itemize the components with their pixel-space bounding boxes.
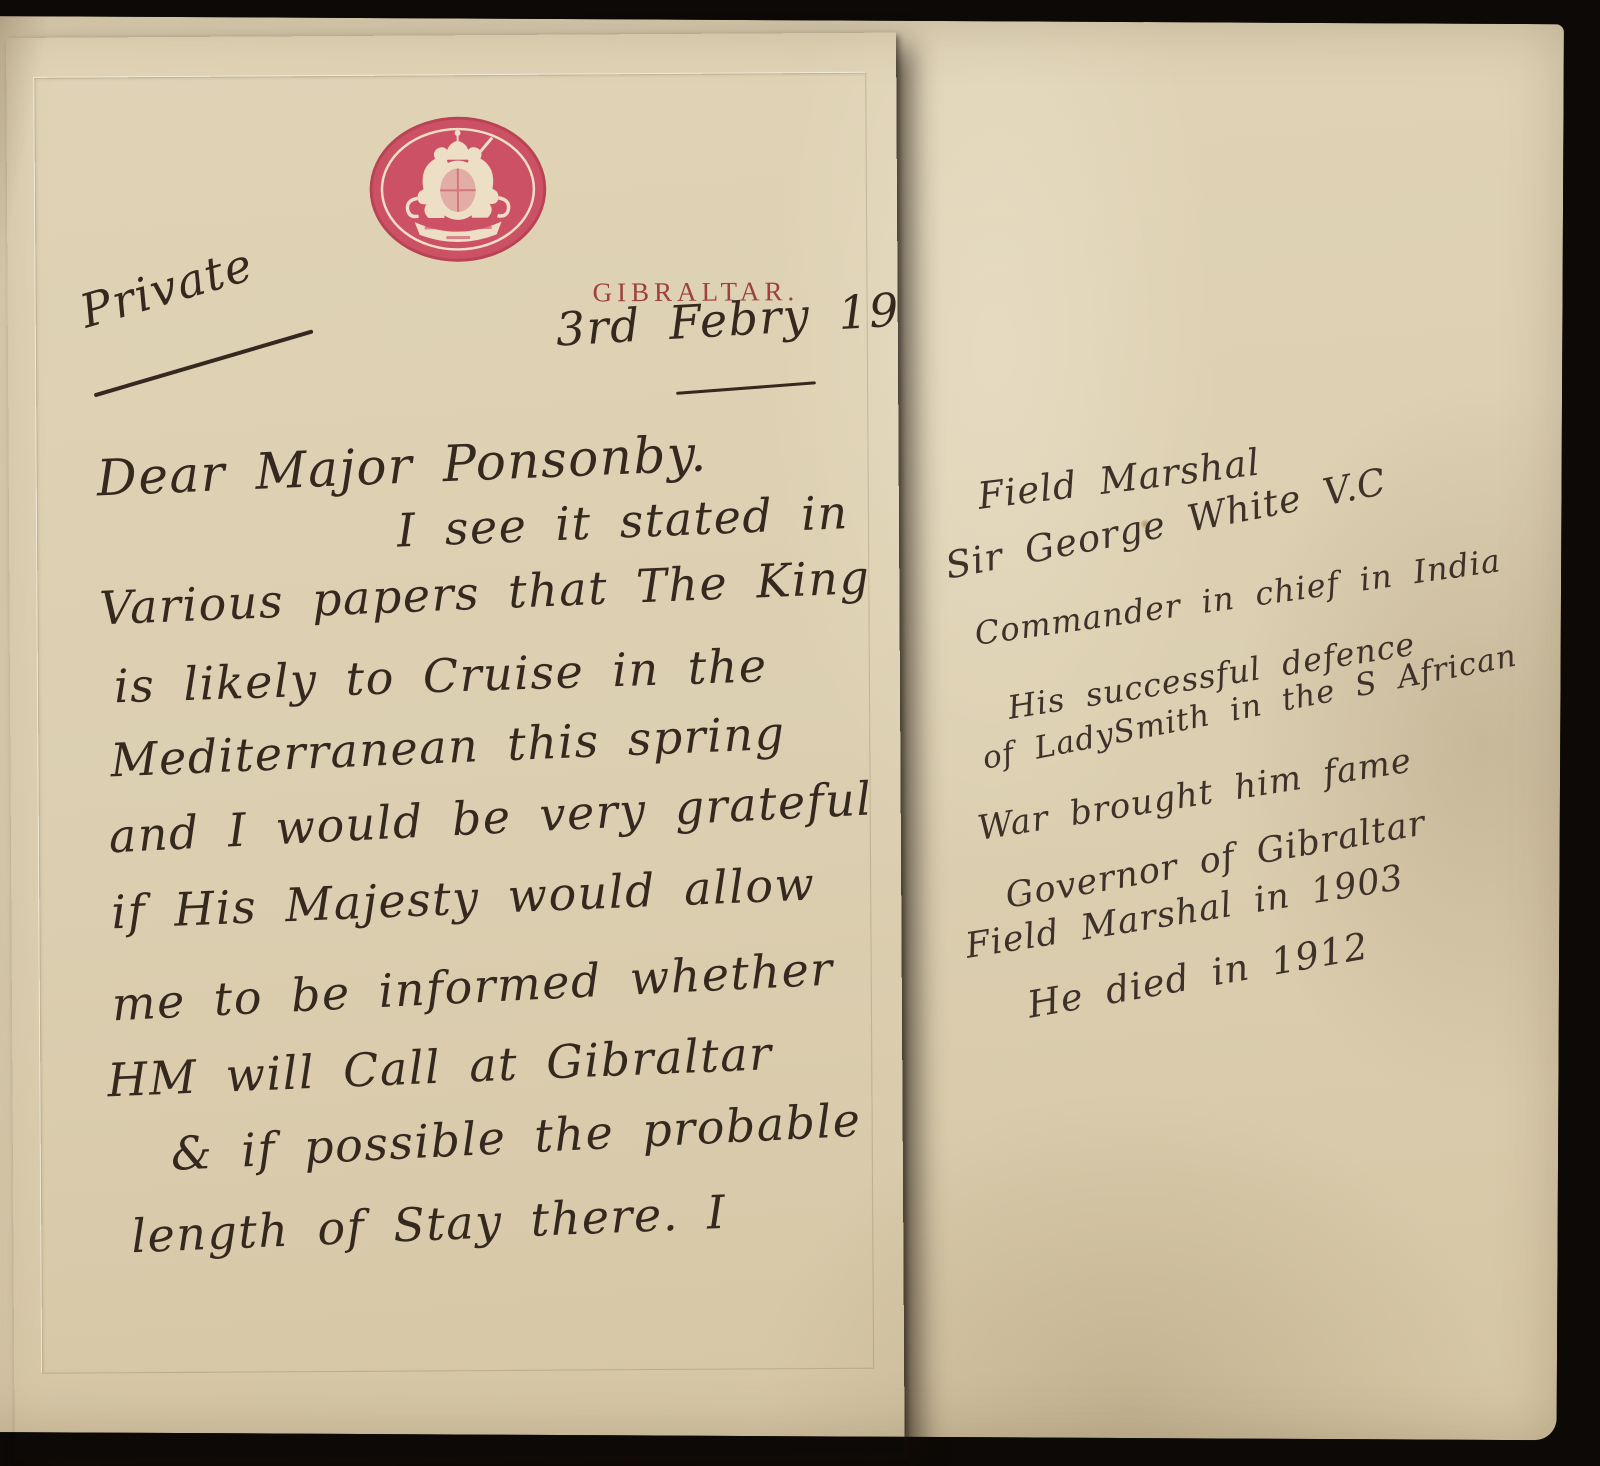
scanned-album-spread: Field Marshal Sir George White V.C Comma… [0,0,1600,1466]
royal-crest-icon [368,115,547,264]
letter-page: GIBRALTAR. Private 3rd Febry 1905 Dear M… [6,33,905,1460]
